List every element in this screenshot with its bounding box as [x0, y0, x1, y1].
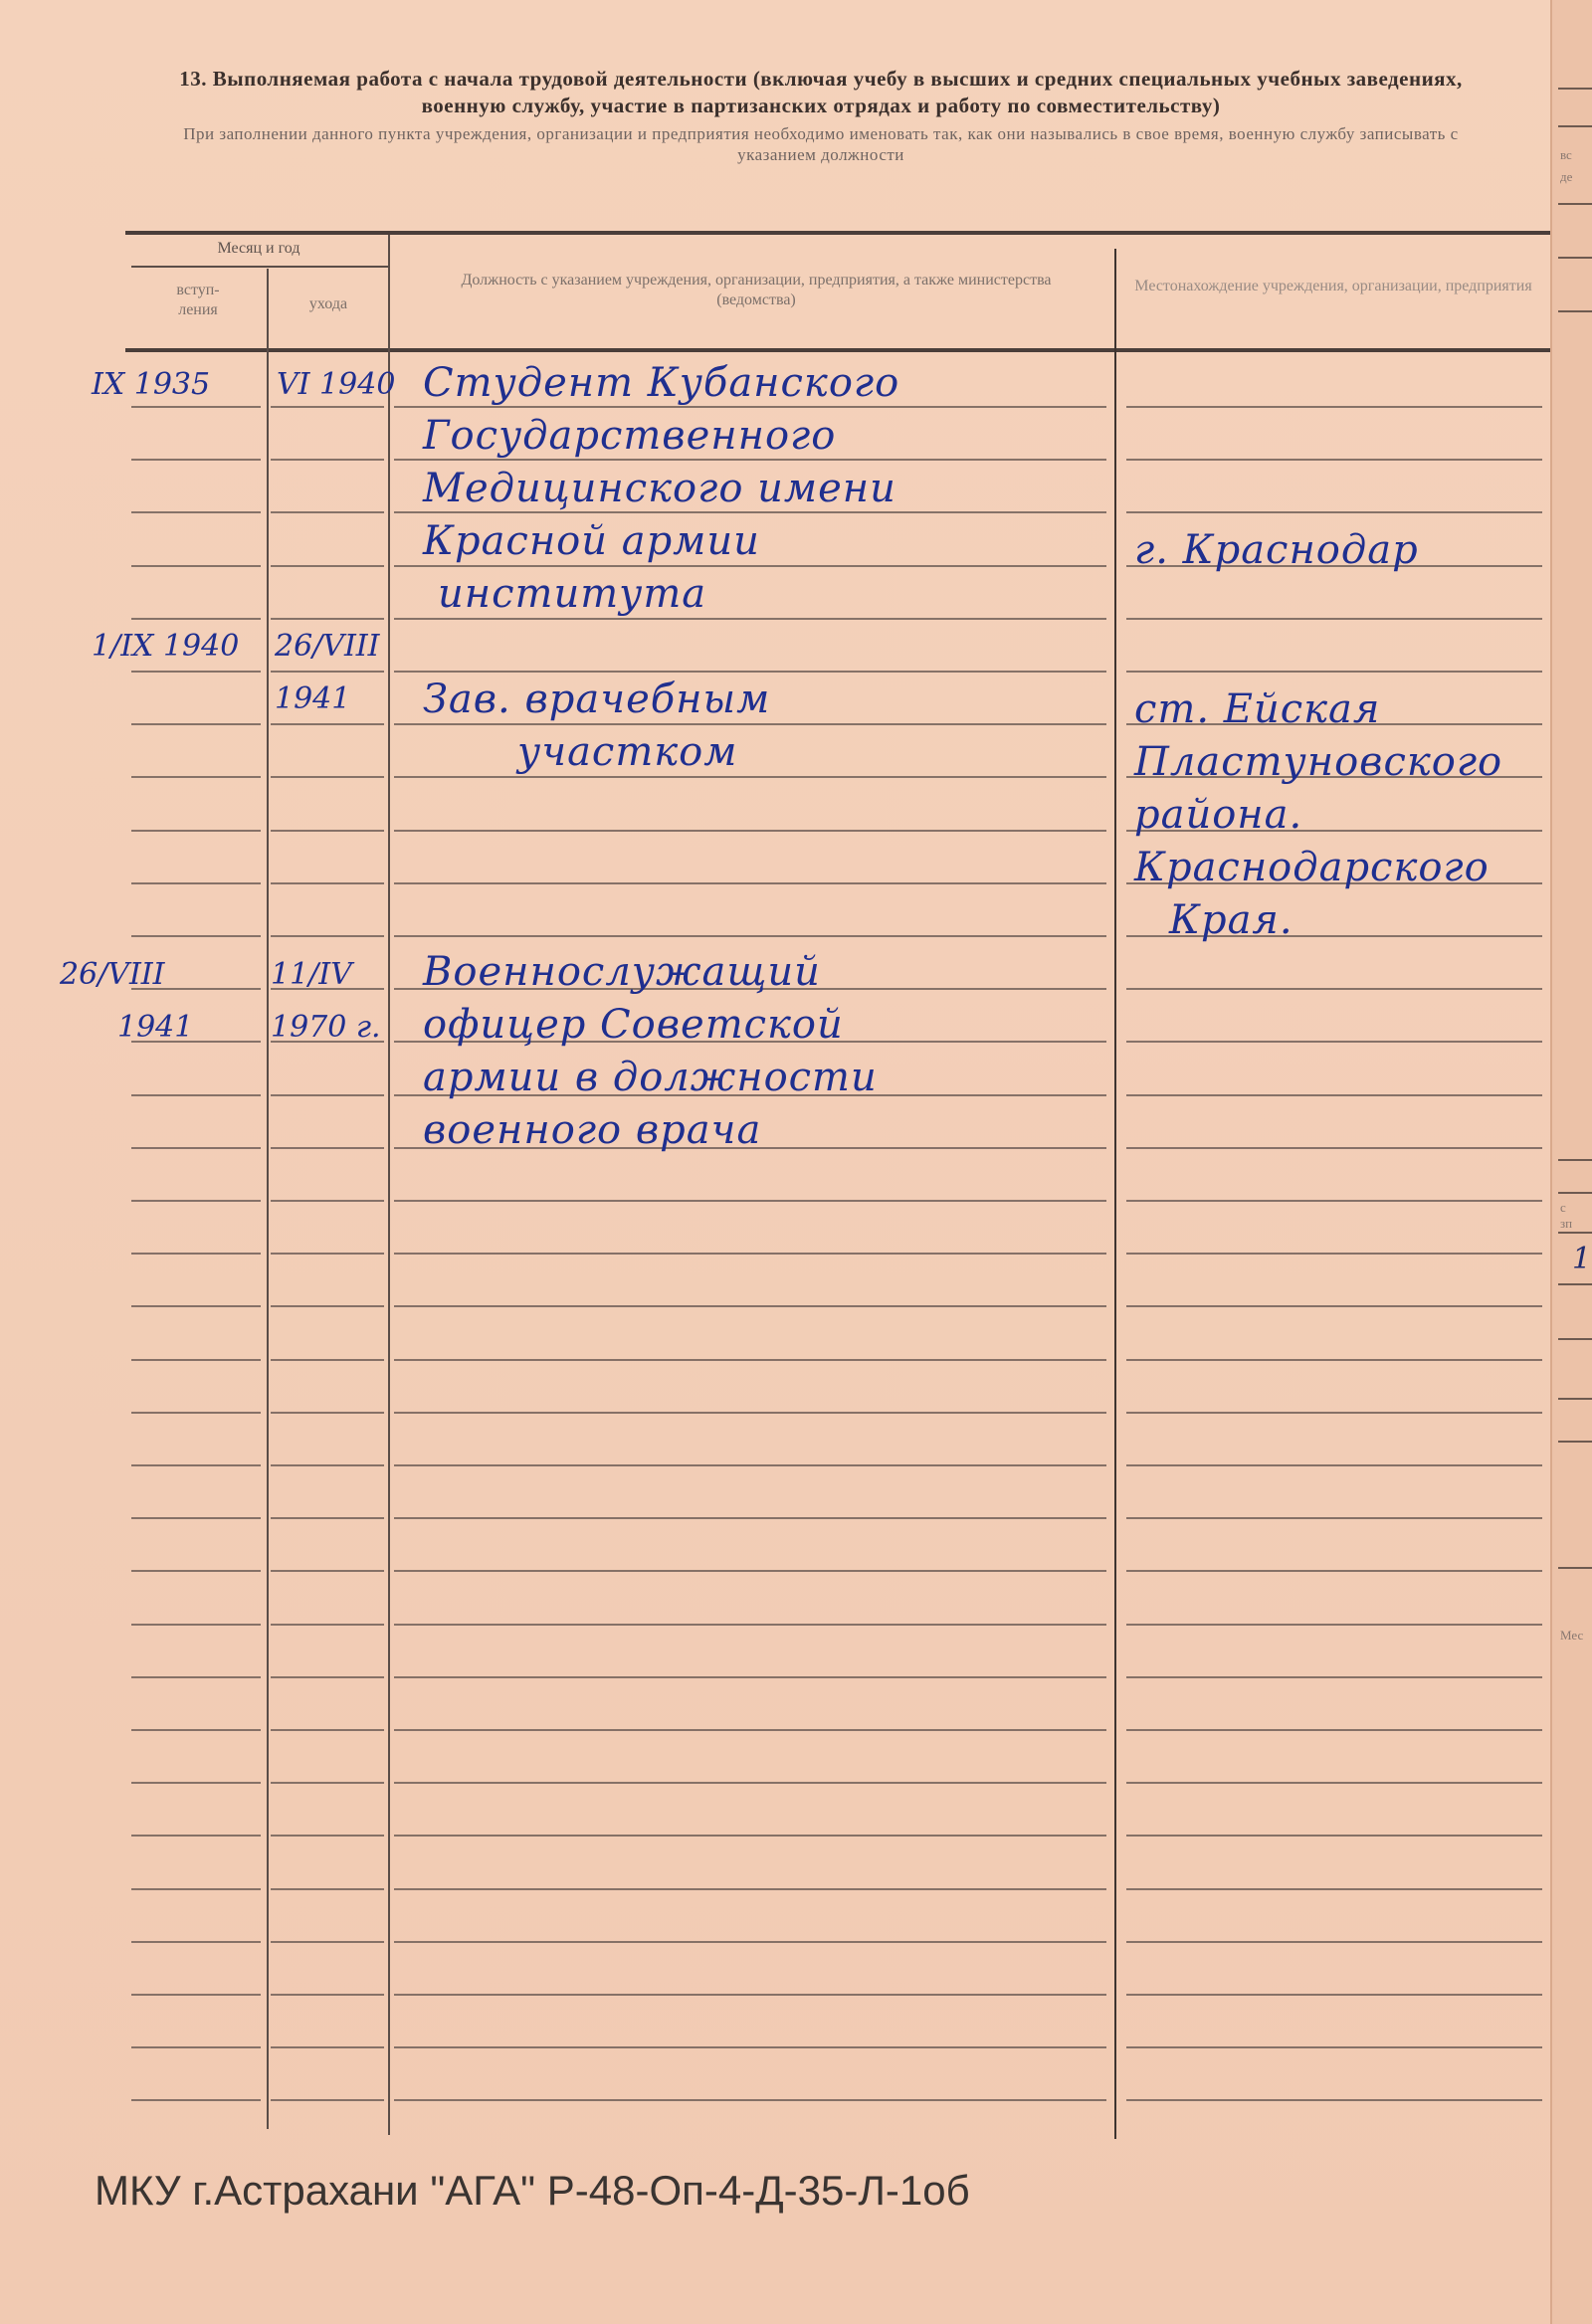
row3-entry-date-line2: 1941: [117, 1003, 193, 1053]
row1-position-line4: Красной армии: [423, 516, 760, 566]
ruled-line: [131, 882, 261, 884]
table-top-border: [125, 231, 1550, 235]
ruled-line: [131, 935, 261, 937]
adjacent-rule: [1558, 1338, 1592, 1340]
ruled-line: [1126, 1305, 1542, 1307]
ruled-line: [394, 935, 1106, 937]
ruled-line: [131, 2046, 261, 2048]
ruled-line: [1126, 1994, 1542, 1996]
row3-position-line3: армии в должности: [423, 1053, 878, 1102]
ruled-line: [271, 1359, 384, 1361]
section-heading: 13. Выполняемая работа с начала трудовой…: [149, 66, 1492, 165]
ruled-line: [1126, 1570, 1542, 1572]
ruled-line: [131, 776, 261, 778]
ruled-line: [394, 671, 1106, 673]
ruled-line: [394, 1464, 1106, 1466]
row2-location-line1: ст. Ейская: [1134, 684, 1380, 734]
adjacent-text-fragment: вс: [1560, 147, 1572, 163]
row2-location-line5: Края.: [1169, 895, 1293, 945]
ruled-line: [394, 882, 1106, 884]
ruled-line: [131, 1305, 261, 1307]
row2-location-line3: района.: [1134, 790, 1302, 840]
adjacent-rule: [1558, 1192, 1592, 1194]
column-divider-date-position: [388, 235, 390, 2135]
adjacent-text-fragment: зп: [1560, 1216, 1572, 1232]
header-exit: ухода: [269, 294, 388, 314]
row1-entry-date: IX 1935: [92, 360, 210, 410]
ruled-line: [394, 1994, 1106, 1996]
ruled-line: [1126, 1147, 1542, 1149]
ruled-line: [271, 1994, 384, 1996]
adjacent-ink-fragment: 1: [1572, 1242, 1591, 1276]
ruled-line: [131, 1200, 261, 1202]
ruled-line: [131, 1941, 261, 1943]
ruled-line: [1126, 2099, 1542, 2101]
ruled-line: [131, 1729, 261, 1731]
ruled-line: [131, 565, 261, 567]
ruled-line: [1126, 1888, 1542, 1890]
ruled-line: [1126, 1517, 1542, 1519]
ruled-line: [271, 830, 384, 832]
row1-location-line1: г. Краснодар: [1134, 525, 1419, 575]
ruled-line: [394, 1570, 1106, 1572]
header-position: Должность с указанием учреждения, органи…: [438, 271, 1075, 310]
ruled-line: [394, 1888, 1106, 1890]
ruled-line: [131, 1147, 261, 1149]
ruled-line: [271, 1624, 384, 1626]
ruled-line: [1126, 1729, 1542, 1731]
adjacent-text-fragment: Мес: [1560, 1628, 1583, 1644]
adjacent-rule: [1558, 88, 1592, 90]
month-year-divider: [131, 266, 388, 268]
ruled-line: [271, 1412, 384, 1414]
row1-position-line5: института: [438, 569, 706, 619]
ruled-line: [1126, 1200, 1542, 1202]
row2-exit-date-line2: 1941: [275, 675, 350, 724]
ruled-line: [131, 723, 261, 725]
header-month-year: Месяц и год: [129, 239, 388, 259]
row3-exit-date-line2: 1970 г.: [271, 1003, 381, 1053]
adjacent-rule: [1558, 203, 1592, 205]
ruled-line: [271, 2099, 384, 2101]
ruled-line: [271, 565, 384, 567]
adjacent-rule: [1558, 1283, 1592, 1285]
ruled-line: [394, 1941, 1106, 1943]
ruled-line: [271, 511, 384, 513]
ruled-line: [271, 1253, 384, 1255]
adjacent-text-fragment: де: [1560, 169, 1572, 185]
ruled-line: [1126, 1624, 1542, 1626]
row3-exit-date-line1: 11/IV: [271, 950, 352, 1000]
row2-location-line2: Пластуновского: [1134, 737, 1502, 787]
row3-position-line2: офицер Советской: [423, 1000, 844, 1050]
ruled-line: [1126, 1782, 1542, 1784]
ruled-line: [271, 1835, 384, 1837]
ruled-line: [394, 1305, 1106, 1307]
row2-entry-date: 1/IX 1940: [92, 622, 239, 672]
ruled-line: [1126, 1941, 1542, 1943]
adjacent-rule: [1558, 310, 1592, 312]
row1-position-line3: Медицинского имени: [423, 464, 896, 513]
ruled-line: [1126, 618, 1542, 620]
row2-exit-date-line1: 26/VIII: [275, 622, 380, 672]
ruled-line: [271, 1782, 384, 1784]
adjacent-text-fragment: с: [1560, 1200, 1566, 1216]
row1-exit-date: VI 1940: [277, 360, 395, 410]
ruled-line: [131, 1624, 261, 1626]
ruled-line: [131, 1517, 261, 1519]
document-page: 13. Выполняемая работа с начала трудовой…: [0, 0, 1550, 2324]
adjacent-rule: [1558, 125, 1592, 127]
ruled-line: [394, 1624, 1106, 1626]
ruled-line: [394, 1412, 1106, 1414]
ruled-line: [394, 1359, 1106, 1361]
ruled-line: [131, 1782, 261, 1784]
ruled-line: [271, 1888, 384, 1890]
ruled-line: [394, 1676, 1106, 1678]
adjacent-rule: [1558, 1159, 1592, 1161]
ruled-line: [271, 2046, 384, 2048]
ruled-line: [131, 1094, 261, 1096]
ruled-line: [1126, 988, 1542, 990]
ruled-line: [1126, 1041, 1542, 1043]
section-title: 13. Выполняемая работа с начала трудовой…: [179, 67, 1463, 117]
ruled-line: [394, 1517, 1106, 1519]
header-location: Местонахождение учреждения, организации,…: [1134, 277, 1532, 296]
header-entry: вступ- ления: [129, 281, 267, 320]
ruled-line: [271, 1200, 384, 1202]
adjacent-rule: [1558, 1398, 1592, 1400]
ruled-line: [271, 618, 384, 620]
archive-caption: МКУ г.Астрахани "АГА" Р-48-Оп-4-Д-35-Л-1…: [95, 2167, 970, 2215]
adjacent-page-edge: вс де с зп 1 Мес: [1550, 0, 1592, 2324]
ruled-line: [394, 1200, 1106, 1202]
column-divider-entry-exit: [267, 269, 269, 2129]
ruled-line: [1126, 1094, 1542, 1096]
ruled-line: [271, 1729, 384, 1731]
ruled-line: [271, 1147, 384, 1149]
ruled-line: [271, 1517, 384, 1519]
ruled-line: [1126, 1253, 1542, 1255]
column-divider-position-location: [1114, 249, 1116, 2139]
ruled-line: [131, 1888, 261, 1890]
ruled-line: [394, 776, 1106, 778]
ruled-line: [131, 511, 261, 513]
ruled-line: [131, 1994, 261, 1996]
ruled-line: [394, 1729, 1106, 1731]
ruled-line: [1126, 1359, 1542, 1361]
instruction-note: При заполнении данного пункта учреждения…: [149, 123, 1492, 165]
ruled-line: [131, 1570, 261, 1572]
ruled-line: [394, 2099, 1106, 2101]
adjacent-rule: [1558, 1232, 1592, 1234]
ruled-line: [1126, 511, 1542, 513]
ruled-line: [131, 1464, 261, 1466]
ruled-line: [1126, 1464, 1542, 1466]
ruled-line: [131, 459, 261, 461]
ruled-line: [1126, 1835, 1542, 1837]
row3-entry-date-line1: 26/VIII: [60, 950, 165, 1000]
ruled-line: [131, 1253, 261, 1255]
adjacent-rule: [1558, 1441, 1592, 1443]
row3-position-line1: Военнослужащий: [423, 947, 821, 997]
ruled-line: [131, 2099, 261, 2101]
adjacent-rule: [1558, 1567, 1592, 1569]
ruled-line: [271, 1941, 384, 1943]
ruled-line: [271, 1570, 384, 1572]
ruled-line: [271, 1676, 384, 1678]
ruled-line: [1126, 671, 1542, 673]
ruled-line: [394, 1253, 1106, 1255]
ruled-line: [271, 1094, 384, 1096]
row1-position-line1: Студент Кубанского: [423, 358, 899, 408]
row2-location-line4: Краснодарского: [1134, 843, 1490, 892]
ruled-line: [271, 935, 384, 937]
ruled-line: [1126, 1412, 1542, 1414]
row3-position-line4: военного врача: [423, 1105, 761, 1155]
ruled-line: [394, 2046, 1106, 2048]
ruled-line: [131, 830, 261, 832]
ruled-line: [131, 618, 261, 620]
ruled-line: [271, 776, 384, 778]
ruled-line: [1126, 2046, 1542, 2048]
row2-position-line1: Зав. врачебным: [423, 675, 770, 724]
ruled-line: [271, 882, 384, 884]
ruled-line: [131, 1835, 261, 1837]
row1-position-line2: Государственного: [423, 411, 836, 461]
adjacent-rule: [1558, 257, 1592, 259]
ruled-line: [1126, 1676, 1542, 1678]
row2-position-line2: участком: [517, 727, 737, 777]
ruled-line: [1126, 406, 1542, 408]
ruled-line: [394, 1782, 1106, 1784]
ruled-line: [271, 459, 384, 461]
ruled-line: [131, 1359, 261, 1361]
ruled-line: [271, 1464, 384, 1466]
ruled-line: [1126, 459, 1542, 461]
table-header-bottom-border: [125, 348, 1550, 352]
ruled-line: [394, 830, 1106, 832]
ruled-line: [131, 1412, 261, 1414]
ruled-line: [271, 1305, 384, 1307]
ruled-line: [131, 1676, 261, 1678]
ruled-line: [394, 1835, 1106, 1837]
